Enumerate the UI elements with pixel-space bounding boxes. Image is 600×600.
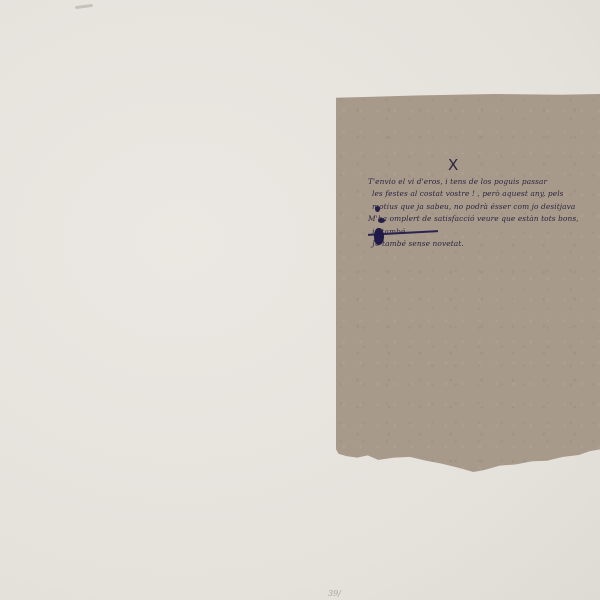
backing-sheet: X T'envio el vi d'eros, i tens de los po… xyxy=(0,0,600,600)
x-mark: X xyxy=(448,156,458,174)
text-line: les festes al costat vostre ! , però aqu… xyxy=(368,188,600,200)
smudge-mark xyxy=(75,4,93,9)
ink-blot xyxy=(375,206,380,212)
text-line: M'ha omplert de satisfacció veure que es… xyxy=(368,213,600,225)
handmade-paper: X T'envio el vi d'eros, i tens de los po… xyxy=(336,94,600,472)
edition-number: 39/ xyxy=(328,589,341,598)
ink-blot xyxy=(374,228,384,245)
text-line: Jo també sense novetat. xyxy=(368,238,600,250)
ink-blot xyxy=(378,218,385,223)
text-line: T'envio el vi d'eros, i tens de los pogu… xyxy=(368,176,600,188)
handwritten-text: T'envio el vi d'eros, i tens de los pogu… xyxy=(368,176,600,250)
text-line: motius que ja sabeu, no podrà ésser com … xyxy=(368,201,600,213)
